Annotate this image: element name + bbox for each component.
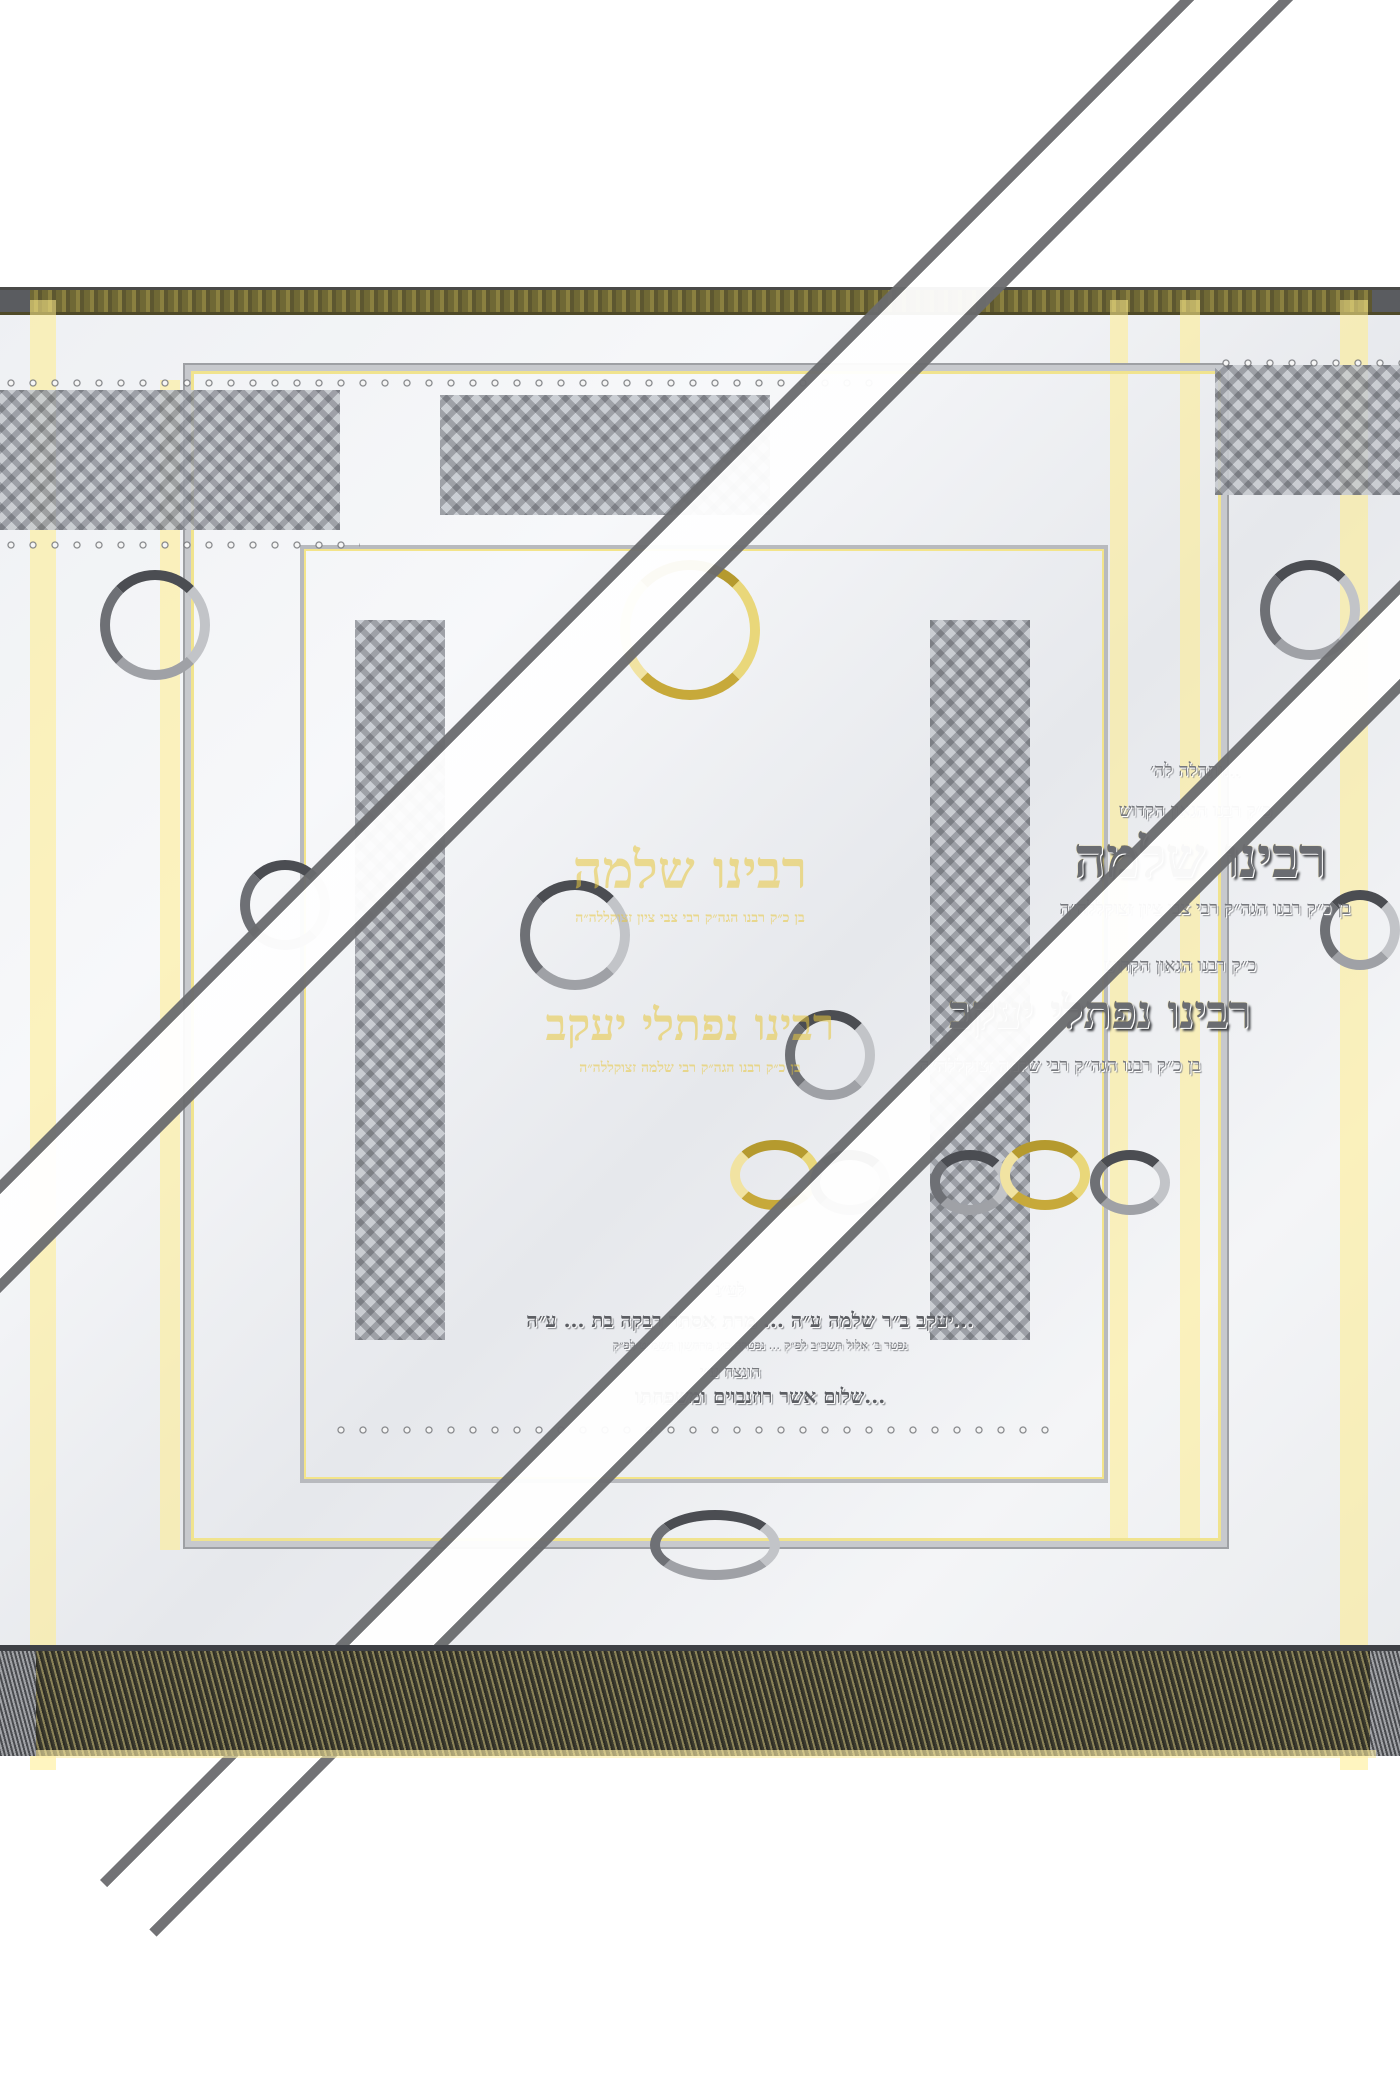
cord-end-right xyxy=(1372,290,1400,312)
scroll-ornament xyxy=(930,1150,1010,1215)
fringe-end-right xyxy=(1370,1651,1400,1756)
bead-row xyxy=(1215,358,1400,368)
gold-scroll-ornament xyxy=(1000,1140,1090,1210)
lattice-panel-top-right xyxy=(1215,365,1400,495)
bead-row xyxy=(0,540,360,550)
bead-row xyxy=(330,1425,1050,1435)
lattice-panel-top-left xyxy=(0,390,340,530)
scroll-ornament xyxy=(100,570,210,680)
ghost-name-2: רבינו נפתלי יעקב xyxy=(520,1000,860,1051)
yellow-stripe xyxy=(160,380,180,1550)
ghost-lineage-2: בן כ״ק רבנו הגה״ק רבי שלמה זצוקללה״ה xyxy=(520,1060,860,1077)
fringe-end-left xyxy=(0,1651,36,1756)
dates-line: נפטר ב׳ אלול תשכ״ב לפ״ק ... נפטרה כ״ג מר… xyxy=(480,1338,1040,1353)
bottom-fringe xyxy=(0,1645,1400,1756)
lattice-column-left xyxy=(355,620,445,1340)
ghost-name-1: רבינו שלמה xyxy=(520,840,860,901)
bead-row xyxy=(0,378,880,388)
yellow-stripe xyxy=(36,1750,1376,1758)
cord-end-left xyxy=(0,290,30,312)
scroll-ornament xyxy=(1090,1150,1170,1215)
ghost-lineage-1: בן כ״ק רבנו הגה״ק רבי צבי ציון זצוקללה״ה xyxy=(520,910,860,927)
bottom-center-ornament xyxy=(650,1510,780,1580)
yellow-stripe xyxy=(1340,300,1368,1770)
